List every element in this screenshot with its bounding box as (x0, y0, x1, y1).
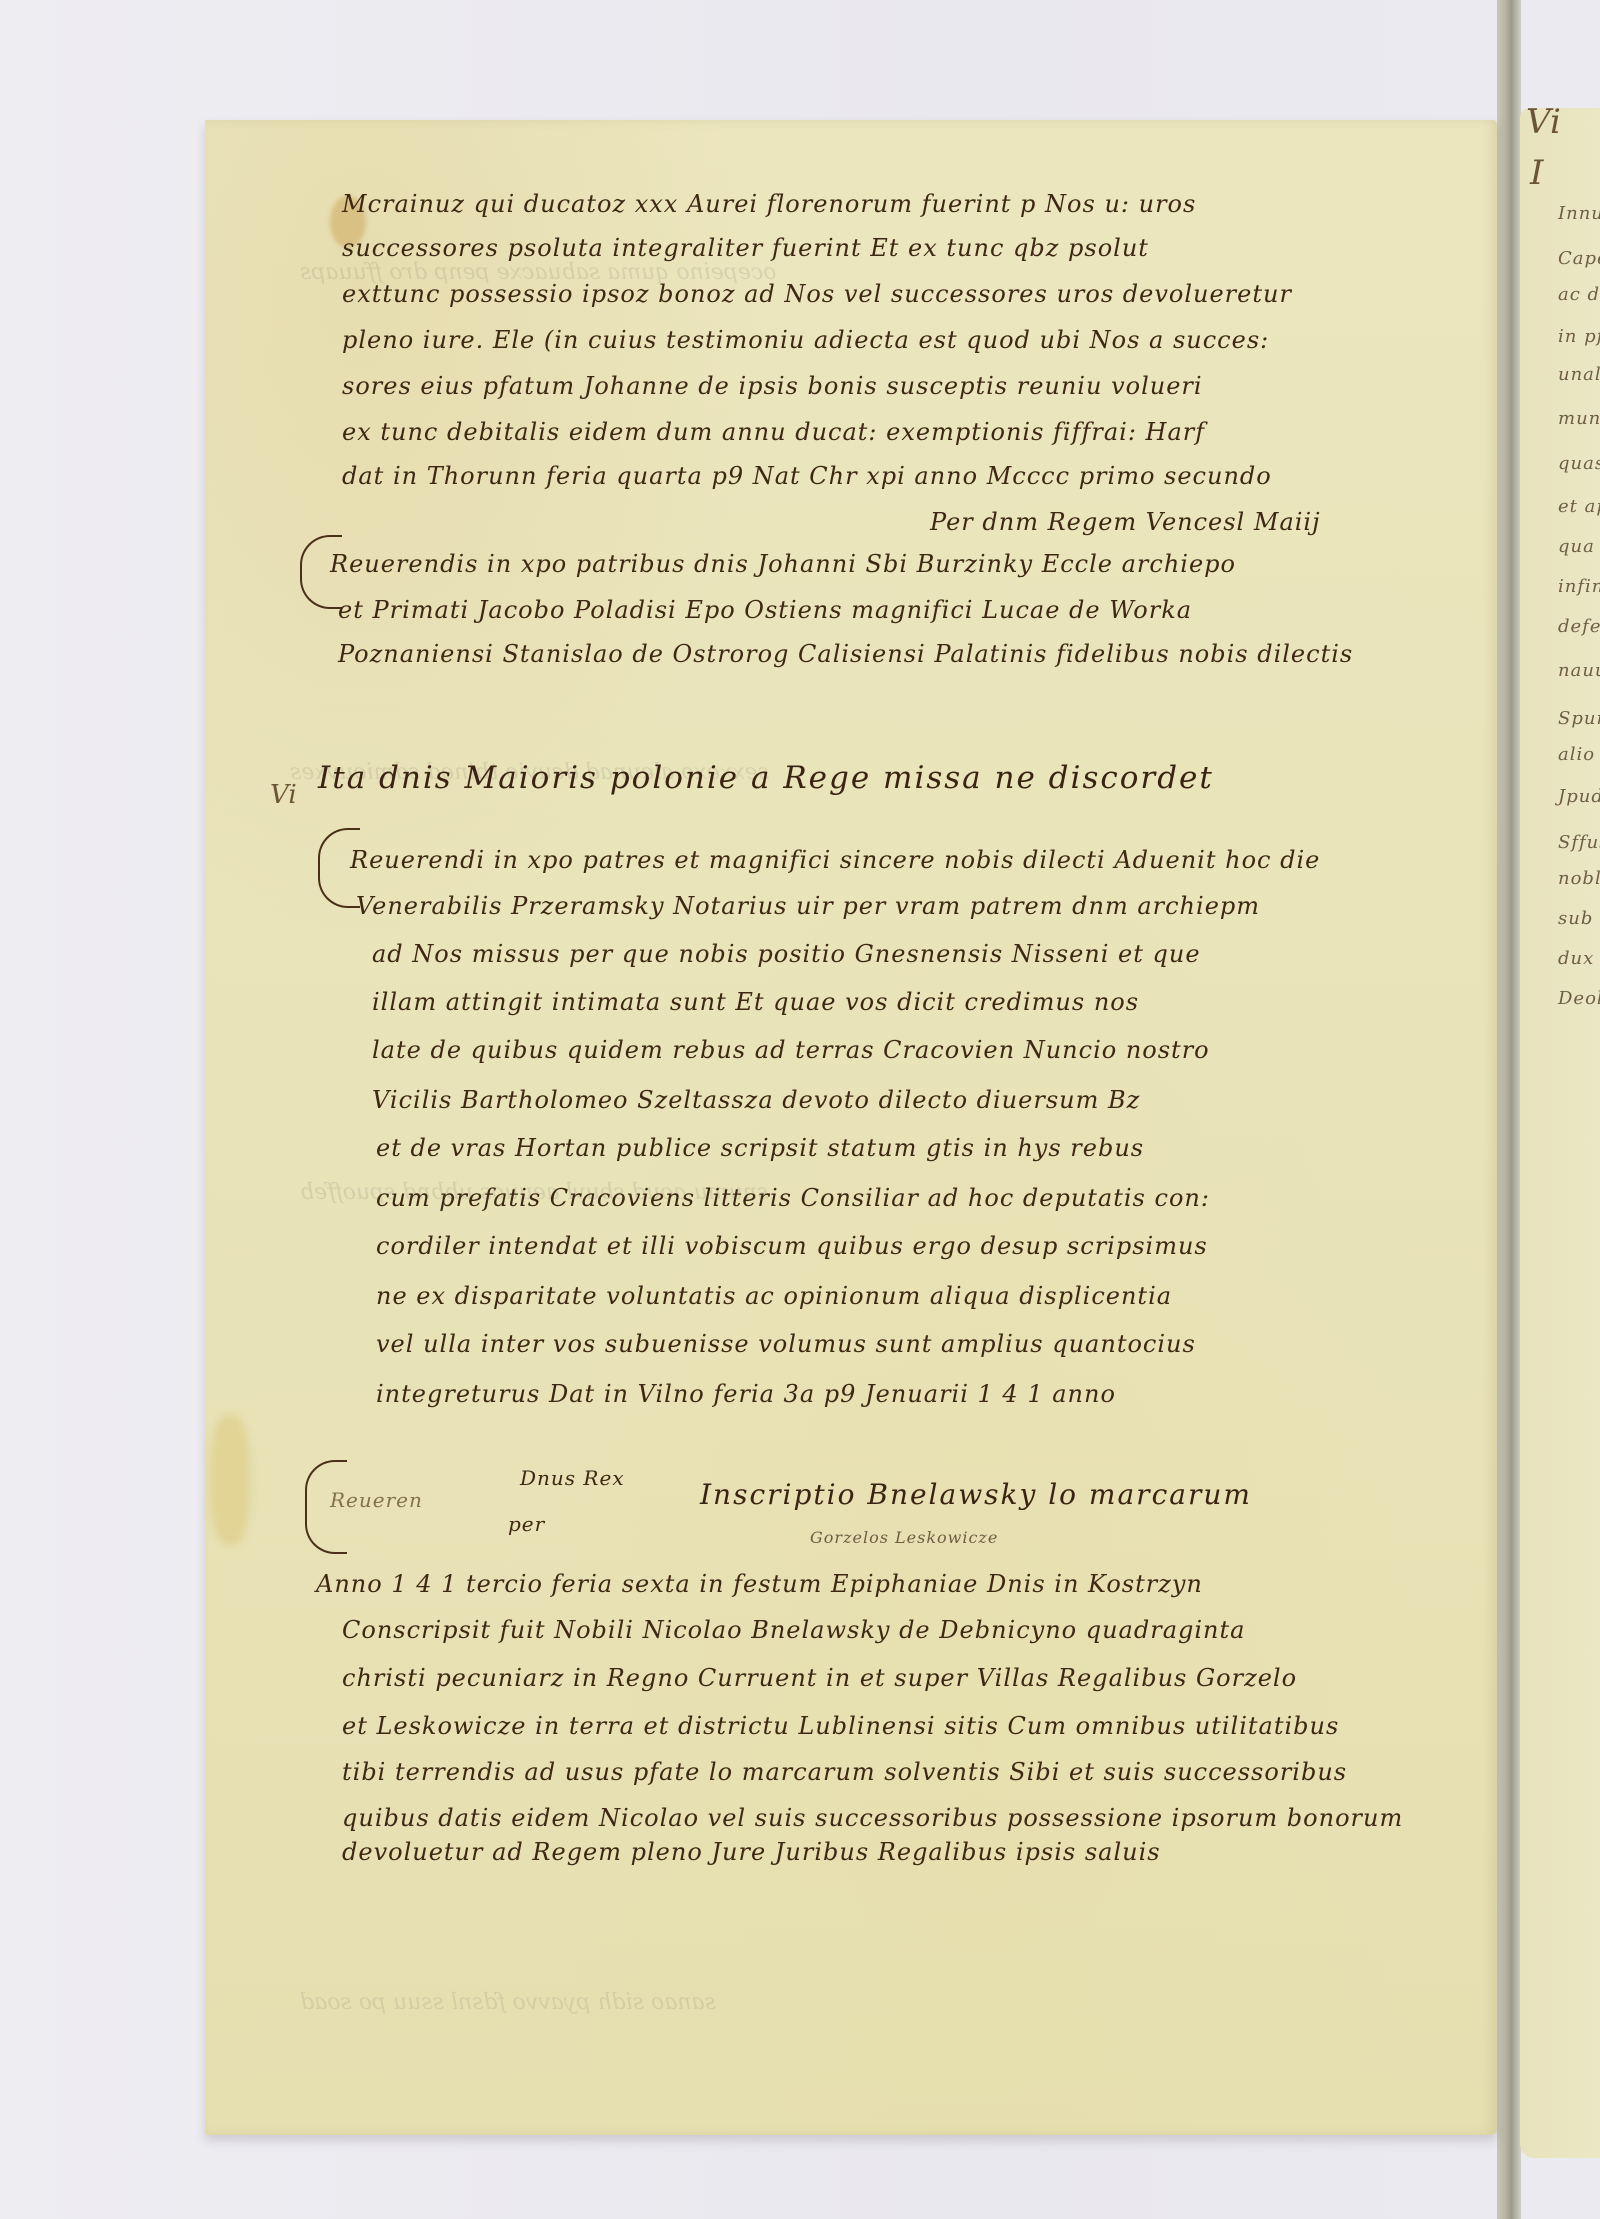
facing-fragment: Deol (1558, 988, 1600, 1009)
text-line: exttunc possessio ipsoz bonoz ad Nos vel… (342, 280, 1292, 308)
facing-fragment: Spum (1558, 708, 1600, 729)
signature-line: Per dnm Regem Vencesl Maiij (930, 508, 1321, 536)
text-line: cum prefatis Cracoviens litteris Consili… (376, 1184, 1210, 1212)
text-line: Mcrainuz qui ducatoz xxx Aurei florenoru… (342, 190, 1196, 218)
text-line: Reuerendis in xpo patribus dnis Johanni … (330, 550, 1236, 578)
text-line: sores eius pfatum Johanne de ipsis bonis… (342, 372, 1203, 400)
entry-subheading: Gorzelos Leskowicze (810, 1528, 998, 1547)
margin-label: Dnus Rex (520, 1466, 625, 1490)
facing-fragment: Capell (1558, 248, 1600, 269)
text-line: dat in Thorunn feria quarta p9 Nat Chr x… (342, 462, 1272, 490)
facing-fragment: in pfss (1558, 326, 1600, 347)
facing-fragment: quas (1558, 453, 1600, 474)
text-line: et de vras Hortan publice scripsit statu… (376, 1134, 1144, 1162)
text-line: Conscripsit fuit Nobili Nicolao Bnelawsk… (342, 1616, 1245, 1644)
facing-fragment: defendi (1558, 616, 1600, 637)
bleed-through: sanao sidh pyavvo fdsnl ssuu po soad (300, 1990, 716, 2015)
entry-heading: Inscriptio Bnelawsky lo marcarum (700, 1478, 1252, 1511)
facing-page: Vi I Innuenf Capell ac dux in pfss unala… (1520, 108, 1600, 2158)
margin-note: Vi (270, 780, 297, 810)
text-line: Poznaniensi Stanislao de Ostrorog Calisi… (338, 640, 1353, 668)
facing-fragment: sub (1558, 908, 1593, 929)
text-line: Venerabilis Przeramsky Notarius uir per … (356, 892, 1260, 920)
text-line: illam attingit intimata sunt Et quae vos… (372, 988, 1139, 1016)
text-line: ne ex disparitate voluntatis ac opinionu… (376, 1282, 1172, 1310)
book-gutter (1497, 0, 1521, 2219)
text-line: tibi terrendis ad usus pfate lo marcarum… (342, 1758, 1347, 1786)
text-line: pleno iure. Ele (in cuius testimoniu adi… (342, 326, 1269, 354)
facing-fragment: Sffus (1558, 832, 1600, 853)
facing-fragment: alio (1558, 744, 1595, 765)
facing-margin-mark-2: I (1530, 153, 1543, 193)
text-line: et Primati Jacobo Poladisi Epo Ostiens m… (338, 596, 1192, 624)
text-line: christi pecuniarz in Regno Curruent in e… (342, 1664, 1297, 1692)
facing-fragment: nauu (1558, 660, 1600, 681)
text-line: vel ulla inter vos subuenisse volumus su… (376, 1330, 1196, 1358)
text-line: et Leskowicze in terra et districtu Lubl… (342, 1712, 1339, 1740)
margin-label: Reueren (330, 1488, 423, 1512)
facing-fragment: infinu (1558, 576, 1600, 597)
water-stain (210, 1415, 250, 1545)
facing-fragment: et ap (1558, 496, 1600, 517)
text-line: successores psoluta integraliter fuerint… (342, 234, 1149, 262)
text-line: ad Nos missus per que nobis positio Gnes… (372, 940, 1201, 968)
facing-fragment: nobl (1558, 868, 1600, 889)
facing-fragment: unalatu (1558, 364, 1600, 385)
facing-fragment: ac dux (1558, 284, 1600, 305)
text-line: devoluetur ad Regem pleno Jure Juribus R… (342, 1838, 1161, 1866)
facing-fragment: Innuenf (1558, 203, 1600, 224)
facing-fragment: Jpud (1558, 786, 1600, 807)
text-line: Reuerendi in xpo patres et magnifici sin… (350, 846, 1320, 874)
margin-label: per (508, 1512, 545, 1536)
text-line: cordiler intendat et illi vobiscum quibu… (376, 1232, 1208, 1260)
facing-margin-mark: Vi (1526, 102, 1561, 142)
facing-fragment: qua (1558, 536, 1595, 557)
text-line: ex tunc debitalis eidem dum annu ducat: … (342, 418, 1205, 446)
text-line: late de quibus quidem rebus ad terras Cr… (372, 1036, 1210, 1064)
text-line: integreturus Dat in Vilno feria 3a p9 Je… (376, 1380, 1116, 1408)
text-line: Vicilis Bartholomeo Szeltassza devoto di… (372, 1086, 1140, 1114)
text-line: quibus datis eidem Nicolao vel suis succ… (342, 1804, 1403, 1832)
entry-heading: Ita dnis Maioris polonie a Rege missa ne… (318, 760, 1214, 796)
facing-fragment: dux (1558, 948, 1594, 969)
text-line: Anno 1 4 1 tercio feria sexta in festum … (316, 1570, 1203, 1598)
facing-fragment: muntu (1558, 408, 1600, 429)
